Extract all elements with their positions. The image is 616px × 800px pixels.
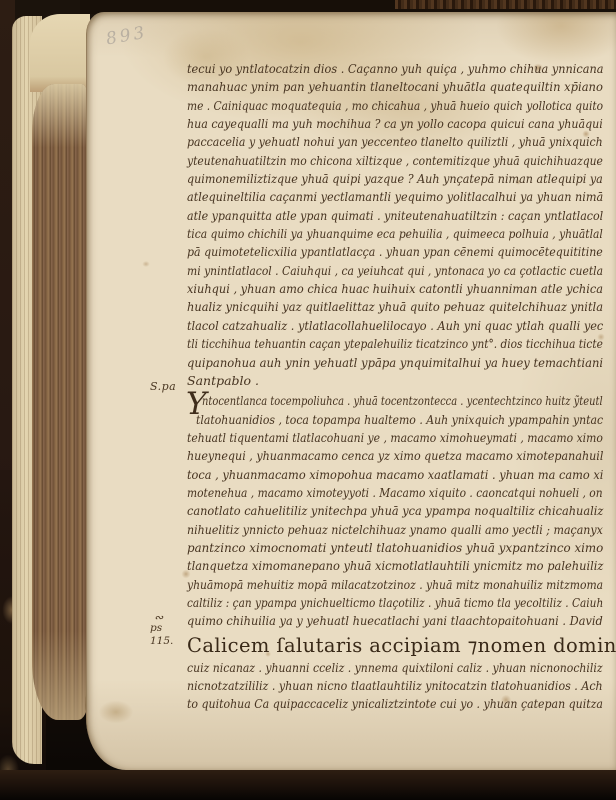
- manuscript-line-text: hualiz ynicquihi yaz quitlaelittaz yhuā …: [187, 298, 603, 316]
- manuscript-line: quimo chihuilia ya y yehuatl huecatlachi…: [187, 612, 603, 630]
- manuscript-line-text: xiuhqui , yhuan amo chica huac huihuix c…: [187, 280, 603, 298]
- manuscript-line: cuiz nicanaz . yhuanni cceliz . ynnema q…: [187, 659, 603, 677]
- manuscript-line-text: yteutenahuatiltzin mo chicona xiltizque …: [187, 152, 603, 170]
- manuscript-line-text: tlanquetza ximomanepano yhuā xicmotlatla…: [187, 557, 603, 575]
- manuscript-line-text: nicnotzatzililiz . yhuan nicno tlaatlauh…: [187, 677, 603, 695]
- manuscript-line: tica quimo chichili ya yhuanquime eca pe…: [187, 225, 603, 243]
- manuscript-line: quipanohua auh ynin yehuatl ypāpa ynquim…: [187, 354, 603, 372]
- manuscript-line-text: pā quimotetelicxilia ypantlatlacça . yhu…: [187, 243, 603, 261]
- margin-note-source: S.pa: [150, 380, 176, 393]
- manuscript-line: tlatohuanidios , toca topampa hualtemo .…: [187, 411, 603, 429]
- manuscript-line-text: tecui yo yntlatocatzin dios . Caçanno yu…: [187, 60, 603, 78]
- manuscript-line: tecui yo yntlatocatzin dios . Caçanno yu…: [187, 60, 603, 78]
- manuscript-line: mi ynintlatlacol . Caiuhqui , ca yeiuhca…: [187, 262, 603, 280]
- manuscript-line: quimonemiliztizque yhuā quipi yazque ? A…: [187, 170, 603, 188]
- margin-note-psalm: ∾ ps 115.: [150, 613, 173, 647]
- manuscript-line: tli ticchihua tehuantin caçan ytepalehui…: [187, 335, 603, 353]
- margin-flourish-mark: ∾: [150, 613, 173, 622]
- manuscript-line-text: atlequineltilia caçanmi yectlamantli yeq…: [187, 188, 603, 206]
- manuscript-line-text: canotlato cahuelitiliz ynitechpa yhuā yc…: [187, 502, 603, 520]
- manuscript-line-text: quipanohua auh ynin yehuatl ypāpa ynquim…: [187, 354, 603, 372]
- book-headband: [395, 0, 616, 9]
- page-edge-fan-top: [30, 14, 90, 92]
- manuscript-line-text: atle ypanquitta atle ypan quimati . ynit…: [187, 207, 603, 225]
- manuscript-line-text: tica quimo chichili ya yhuanquime eca pe…: [187, 225, 603, 243]
- manuscript-line: hualiz ynicquihi yaz quitlaelittaz yhuā …: [187, 298, 603, 316]
- manuscript-line-text: quimo chihuilia ya y yehuatl huecatlachi…: [187, 612, 603, 630]
- manuscript-line: toca , yhuanmacamo ximopohua macamo xaat…: [187, 466, 603, 484]
- manuscript-line: caltiliz : çan ypampa ynichuelticmo tlaç…: [187, 594, 603, 612]
- manuscript-line: pā quimotetelicxilia ypantlatlacça . yhu…: [187, 243, 603, 261]
- manuscript-line: tehuatl tiquentami tlatlacohuani ye , ma…: [187, 429, 603, 447]
- manuscript-line: hua cayequalli ma yuh mochihua ? ca yn y…: [187, 115, 603, 133]
- manuscript-line-text: pantzinco ximocnomati ynteutl tlatohuani…: [187, 539, 603, 557]
- manuscript-line: ntocentlanca tocempoliuhca . yhuā tocent…: [187, 392, 603, 410]
- manuscript-line: pantzinco ximocnomati ynteutl tlatohuani…: [187, 539, 603, 557]
- manuscript-line: xiuhqui , yhuan amo chica huac huihuix c…: [187, 280, 603, 298]
- bottom-cover-leather: [0, 770, 616, 800]
- paragraph-one: tecui yo yntlatocatzin dios . Caçanno yu…: [187, 60, 603, 372]
- book-photo-scene: 893 S.pa ∾ ps 115. tecui yo yntlatocatzi…: [0, 0, 616, 800]
- manuscript-line: motenehua , macamo ximoteyyoti . Macamo …: [187, 484, 603, 502]
- latin-quote-line: Calicem ſalutaris accipiam ⁊nomen domini…: [187, 632, 603, 657]
- manuscript-line-text: tehuatl tiquentami tlatlacohuani ye , ma…: [187, 429, 603, 447]
- latin-quote: Calicem ſalutaris accipiam ⁊nomen domini…: [187, 634, 616, 657]
- margin-psalm-abbrev: ps: [150, 622, 162, 634]
- manuscript-line-text: caltiliz : çan ypampa ynichuelticmo tlaç…: [187, 594, 603, 612]
- manuscript-line: nicnotzatzililiz . yhuan nicno tlaatlauh…: [187, 677, 603, 695]
- manuscript-line-text: manahuac ynim pan yehuantin tlaneltocani…: [187, 78, 603, 96]
- manuscript-line: hueynequi , yhuanmacamo cenca yz ximo qu…: [187, 447, 603, 465]
- manuscript-line: to quitohua Ca quipaccaceliz ynicaliztzi…: [187, 695, 603, 713]
- manuscript-line: manahuac ynim pan yehuantin tlaneltocani…: [187, 78, 603, 96]
- manuscript-line: tlacol catzahualiz . ytlatlacollahuelilo…: [187, 317, 603, 335]
- manuscript-line: tlanquetza ximomanepano yhuā xicmotlatla…: [187, 557, 603, 575]
- manuscript-text-block: tecui yo yntlatocatzin dios . Caçanno yu…: [187, 60, 603, 714]
- manuscript-line: canotlato cahuelitiliz ynitechpa yhuā yc…: [187, 502, 603, 520]
- manuscript-line: yteutenahuatiltzin mo chicona xiltizque …: [187, 152, 603, 170]
- manuscript-line-text: quimonemiliztizque yhuā quipi yazque ? A…: [187, 170, 603, 188]
- manuscript-line-text: tlatohuanidios , toca topampa hualtemo .…: [196, 411, 603, 429]
- manuscript-line: atle ypanquitta atle ypan quimati . ynit…: [187, 207, 603, 225]
- manuscript-line-text: yhuāmopā mehuitiz mopā milacatzotzinoz .…: [187, 576, 603, 594]
- paragraph-two: Y ntocentlanca tocempoliuhca . yhuā toce…: [187, 392, 603, 630]
- manuscript-line-text: paccacelia y yehuatl nohui yan yeccenteo…: [187, 133, 603, 151]
- paragraph-three: cuiz nicanaz . yhuanni cceliz . ynnema q…: [187, 659, 603, 714]
- manuscript-line-text: to quitohua Ca quipaccaceliz ynicaliztzi…: [187, 695, 603, 713]
- manuscript-line: atlequineltilia caçanmi yectlamantli yeq…: [187, 188, 603, 206]
- manuscript-line: me . Cainiquac moquatequia , mo chicahua…: [187, 97, 603, 115]
- paragraph-two-lines: ntocentlanca tocempoliuhca . yhuā tocent…: [187, 392, 603, 630]
- manuscript-line-text: hueynequi , yhuanmacamo cenca yz ximo qu…: [187, 447, 603, 465]
- manuscript-line: nihuelitiz ynnicto pehuaz nictelchihuaz …: [187, 521, 603, 539]
- manuscript-line-text: ntocentlanca tocempoliuhca . yhuā tocent…: [202, 392, 603, 410]
- manuscript-line-text: tli ticchihua tehuantin caçan ytepalehui…: [187, 335, 603, 353]
- manuscript-line-text: mi ynintlatlacol . Caiuhqui , ca yeiuhca…: [187, 262, 603, 280]
- page-edge-band: [32, 84, 88, 720]
- margin-psalm-number: 115.: [150, 635, 173, 647]
- paragraph-one-closing: Santpablo .: [187, 372, 603, 390]
- manuscript-line-text: cuiz nicanaz . yhuanni cceliz . ynnema q…: [187, 659, 603, 677]
- manuscript-line-text: nihuelitiz ynnicto pehuaz nictelchihuaz …: [187, 521, 603, 539]
- manuscript-line-text: me . Cainiquac moquatequia , mo chicahua…: [187, 97, 603, 115]
- manuscript-line-text: toca , yhuanmacamo ximopohua macamo xaat…: [187, 466, 603, 484]
- manuscript-line-text: hua cayequalli ma yuh mochihua ? ca yn y…: [187, 115, 603, 133]
- manuscript-line: yhuāmopā mehuitiz mopā milacatzotzinoz .…: [187, 576, 603, 594]
- manuscript-line-text: tlacol catzahualiz . ytlatlacollahuelilo…: [187, 317, 603, 335]
- manuscript-line: paccacelia y yehuatl nohui yan yeccenteo…: [187, 133, 603, 151]
- manuscript-line-text: motenehua , macamo ximoteyyoti . Macamo …: [187, 484, 603, 502]
